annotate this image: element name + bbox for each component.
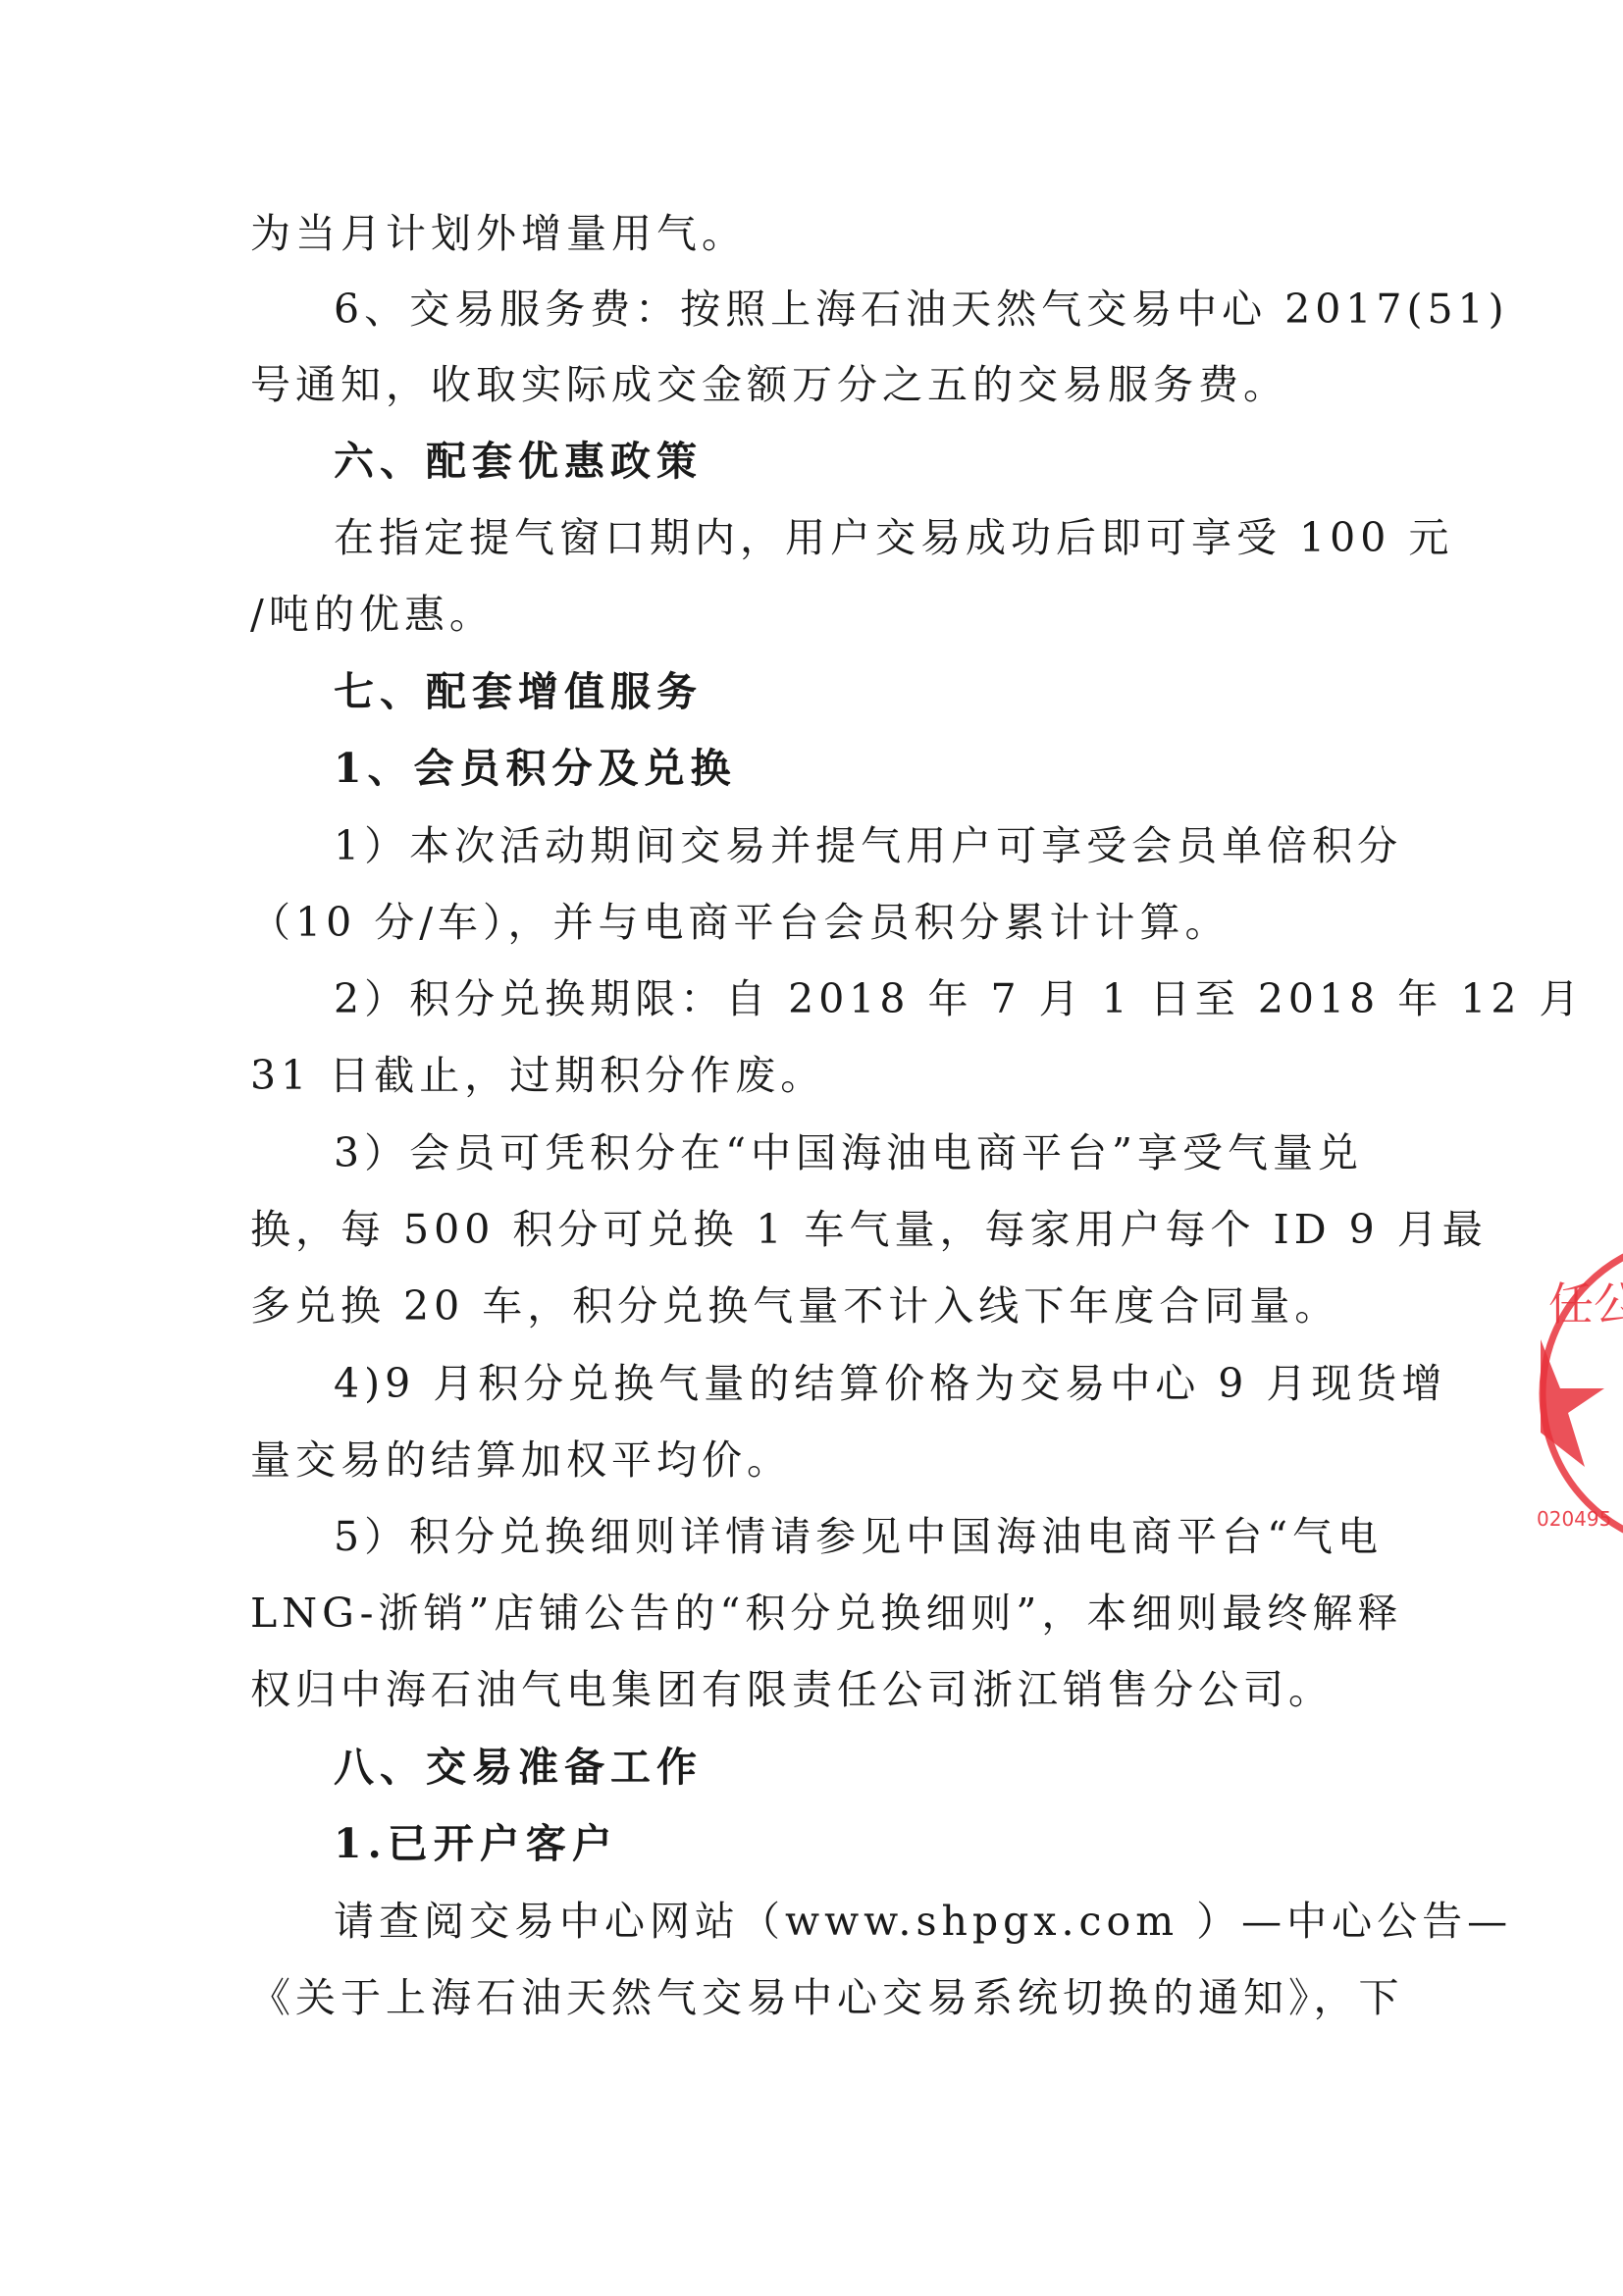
seal-text: 任公 xyxy=(1548,1278,1623,1331)
text-line: 请查阅交易中心网站（www.shpgx.com ）—中心公告— xyxy=(334,1892,1512,1951)
text-line: 量交易的结算加权平均价。 xyxy=(250,1431,792,1489)
text-line: 5）积分兑换细则详情请参见中国海油电商平台“气电 xyxy=(334,1507,1383,1566)
text-line: 4)9 月积分兑换气量的结算价格为交易中心 9 月现货增 xyxy=(334,1354,1446,1413)
text-line: 《关于上海石油天然气交易中心交易系统切换的通知》，下 xyxy=(250,1968,1404,2027)
seal-icon: 任公 020495 xyxy=(1531,1226,1623,1560)
seal-number: 020495 xyxy=(1537,1507,1611,1531)
text-line: 3）会员可凭积分在“中国海油电商平台”享受气量兑 xyxy=(334,1123,1363,1182)
text-line: 号通知，收取实际成交金额万分之五的交易服务费。 xyxy=(250,355,1288,414)
text-line: 为当月计划外增量用气。 xyxy=(250,204,747,263)
text-line: 多兑换 20 车，积分兑换气量不计入线下年度合同量。 xyxy=(250,1277,1339,1335)
subsection-heading: 1、会员积分及兑换 xyxy=(334,739,737,798)
company-seal-stamp: 任公 020495 xyxy=(1531,1226,1623,1560)
text-line: 6、交易服务费：按照上海石油天然气交易中心 2017(51) xyxy=(334,280,1509,339)
section-heading: 八、交易准备工作 xyxy=(334,1738,703,1797)
document-page: 为当月计划外增量用气。 6、交易服务费：按照上海石油天然气交易中心 2017(5… xyxy=(0,0,1623,2296)
subsection-heading: 1.已开户客户 xyxy=(334,1814,618,1873)
text-line: 在指定提气窗口期内，用户交易成功后即可享受 100 元 xyxy=(334,508,1453,567)
text-line: 1）本次活动期间交易并提气用户可享受会员单倍积分 xyxy=(334,816,1402,875)
text-line: 权归中海石油气电集团有限责任公司浙江销售分公司。 xyxy=(250,1660,1334,1719)
text-line: LNG-浙销”店铺公告的“积分兑换细则”，本细则最终解释 xyxy=(250,1584,1402,1643)
text-line: /吨的优惠。 xyxy=(250,585,495,644)
text-line: （10 分/车），并与电商平台会员积分累计计算。 xyxy=(250,893,1230,952)
section-heading: 六、配套优惠政策 xyxy=(334,432,703,491)
text-line: 2）积分兑换期限：自 2018 年 7 月 1 日至 2018 年 12 月 xyxy=(334,969,1584,1028)
section-heading: 七、配套增值服务 xyxy=(334,662,703,721)
text-line: 换，每 500 积分可兑换 1 车气量，每家用户每个 ID 9 月最 xyxy=(250,1200,1488,1259)
text-line: 31 日截止，过期积分作废。 xyxy=(250,1046,825,1105)
